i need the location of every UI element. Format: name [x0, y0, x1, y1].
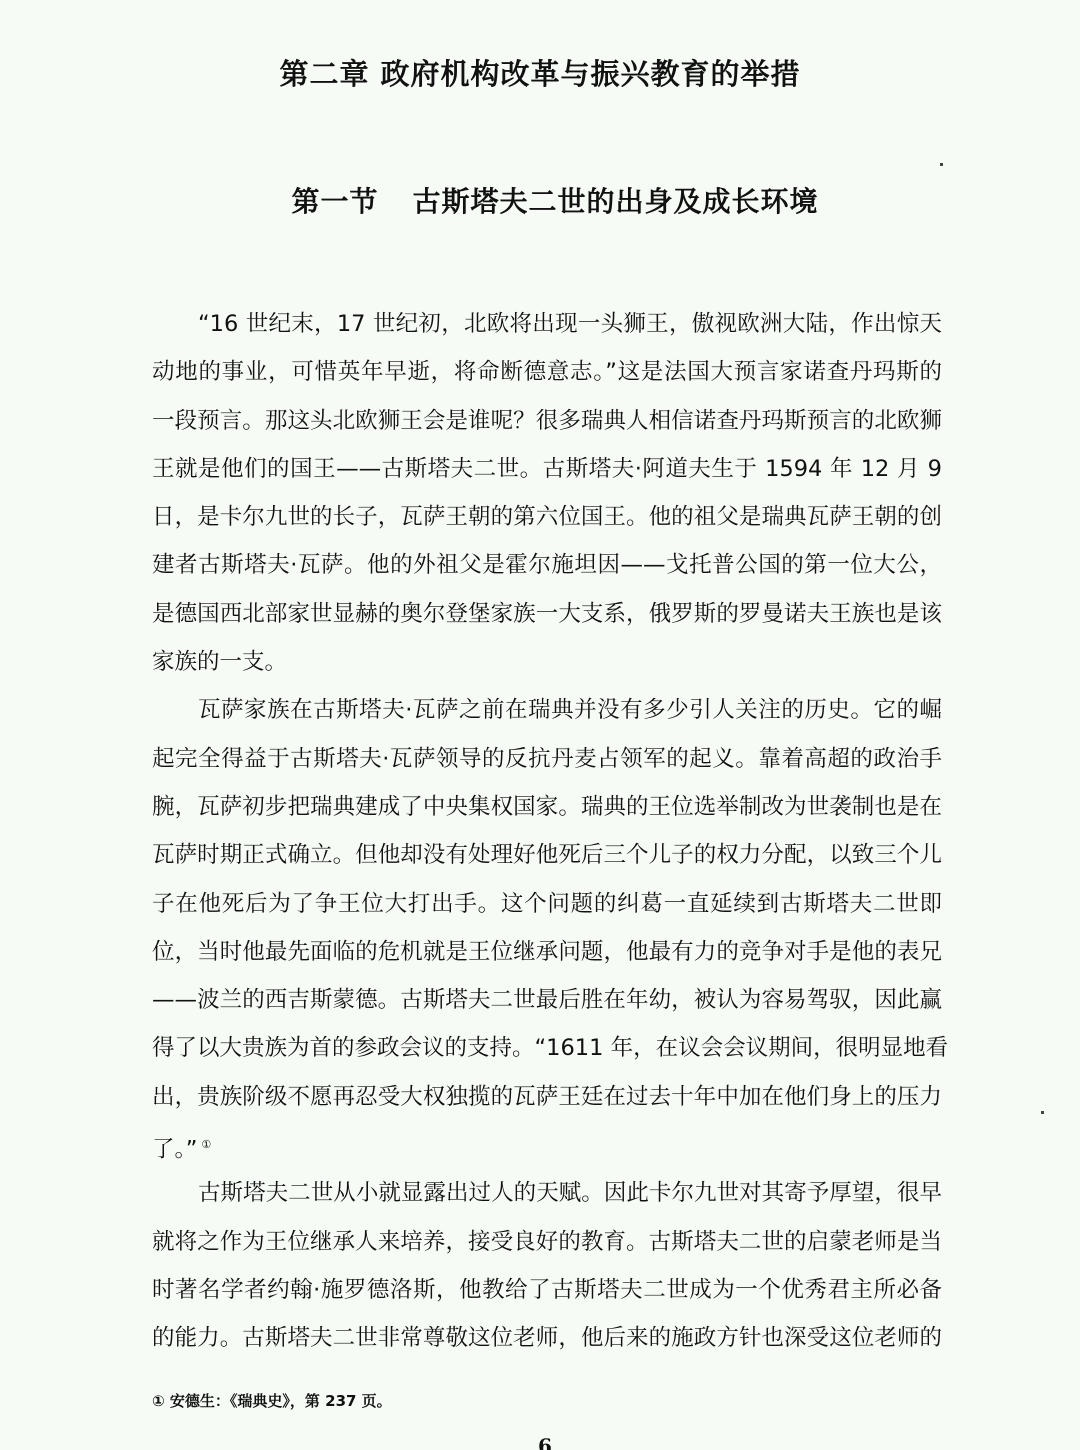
text-line: 动地的事业，可惜英年早逝，将命断德意志。”这是法国大预言家诺查丹玛斯的	[152, 348, 942, 396]
text-line-content: 家族的一支。	[152, 649, 287, 675]
text-line-content: 子在他死后为了争王位大打出手。这个问题的纠葛一直延续到古斯塔夫二世即	[152, 891, 942, 917]
text-line: 位，当时他最先面临的危机就是王位继承问题，他最有力的竞争对手是他的表兄	[152, 928, 942, 976]
text-line: 腕，瓦萨初步把瑞典建成了中央集权国家。瑞典的王位选举制改为世袭制也是在	[152, 783, 942, 831]
text-line-content: 日，是卡尔九世的长子，瓦萨王朝的第六位国王。他的祖父是瑞典瓦萨王朝的创	[152, 504, 942, 530]
section-title: 第一节古斯塔夫二世的出身及成长环境	[0, 180, 1080, 224]
text-line-content: “16 世纪末，17 世纪初，北欧将出现一头狮王，傲视欧洲大陆，作出惊天	[198, 311, 942, 337]
text-line: 古斯塔夫二世从小就显露出过人的天赋。因此卡尔九世对其寄予厚望，很早	[152, 1169, 942, 1217]
section-number: 第一节	[291, 185, 378, 218]
chapter-title: 第二章 政府机构改革与振兴教育的举措	[0, 52, 1080, 96]
text-line-content: 是德国西北部家世显赫的奥尔登堡家族一大支系，俄罗斯的罗曼诺夫王族也是该	[152, 601, 942, 627]
text-line: 一段预言。那这头北欧狮王会是谁呢？很多瑞典人相信诺查丹玛斯预言的北欧狮	[152, 397, 942, 445]
scan-speck	[940, 163, 943, 166]
text-line-content: 王就是他们的国王——古斯塔夫二世。古斯塔夫·阿道夫生于 1594 年 12 月 …	[152, 456, 942, 482]
text-line: 的能力。古斯塔夫二世非常尊敬这位老师，他后来的施政方针也深受这位老师的	[152, 1314, 942, 1362]
footnote-ref: ①	[201, 1138, 211, 1151]
text-line: 瓦萨时期正式确立。但他却没有处理好他死后三个儿子的权力分配，以致三个儿	[152, 831, 942, 879]
text-line-content: 出，贵族阶级不愿再忍受大权独揽的瓦萨王廷在过去十年中加在他们身上的压力	[152, 1084, 942, 1110]
text-line-content: 腕，瓦萨初步把瑞典建成了中央集权国家。瑞典的王位选举制改为世袭制也是在	[152, 794, 942, 820]
text-line-content: 了。”	[152, 1137, 197, 1163]
text-line-content: 的能力。古斯塔夫二世非常尊敬这位老师，他后来的施政方针也深受这位老师的	[152, 1325, 942, 1351]
text-line: 时著名学者约翰·施罗德洛斯，他教给了古斯塔夫二世成为一个优秀君主所必备	[152, 1266, 942, 1314]
section-title-text: 古斯塔夫二世的出身及成长环境	[413, 185, 819, 218]
text-line: 家族的一支。	[152, 638, 942, 686]
text-line: 瓦萨家族在古斯塔夫·瓦萨之前在瑞典并没有多少引人关注的历史。它的崛	[152, 686, 942, 734]
text-line: 起完全得益于古斯塔夫·瓦萨领导的反抗丹麦占领军的起义。靠着高超的政治手	[152, 735, 942, 783]
text-line-content: 时著名学者约翰·施罗德洛斯，他教给了古斯塔夫二世成为一个优秀君主所必备	[152, 1277, 942, 1303]
text-line-content: 动地的事业，可惜英年早逝，将命断德意志。”这是法国大预言家诺查丹玛斯的	[152, 359, 942, 385]
text-line-content: 起完全得益于古斯塔夫·瓦萨领导的反抗丹麦占领军的起义。靠着高超的政治手	[152, 746, 942, 772]
text-line: 就将之作为王位继承人来培养，接受良好的教育。古斯塔夫二世的启蒙老师是当	[152, 1218, 942, 1266]
body-text: “16 世纪末，17 世纪初，北欧将出现一头狮王，傲视欧洲大陆，作出惊天动地的事…	[152, 300, 942, 1363]
text-line: “16 世纪末，17 世纪初，北欧将出现一头狮王，傲视欧洲大陆，作出惊天	[152, 300, 942, 348]
page-number: 6	[538, 1436, 552, 1450]
text-line-content: ——波兰的西吉斯蒙德。古斯塔夫二世最后胜在年幼，被认为容易驾驭，因此赢	[152, 987, 942, 1013]
text-line: 子在他死后为了争王位大打出手。这个问题的纠葛一直延续到古斯塔夫二世即	[152, 880, 942, 928]
text-line: 王就是他们的国王——古斯塔夫二世。古斯塔夫·阿道夫生于 1594 年 12 月 …	[152, 445, 942, 493]
footnote: ① 安德生：《瑞典史》，第 237 页。	[152, 1388, 392, 1414]
text-line-content: 瓦萨家族在古斯塔夫·瓦萨之前在瑞典并没有多少引人关注的历史。它的崛	[198, 697, 942, 723]
text-line-content: 古斯塔夫二世从小就显露出过人的天赋。因此卡尔九世对其寄予厚望，很早	[198, 1180, 942, 1206]
text-line-content: 瓦萨时期正式确立。但他却没有处理好他死后三个儿子的权力分配，以致三个儿	[152, 842, 942, 868]
text-line-content: 建者古斯塔夫·瓦萨。他的外祖父是霍尔施坦因——戈托普公国的第一位大公，	[152, 552, 942, 578]
text-line: 了。”①	[152, 1121, 942, 1169]
text-line: 是德国西北部家世显赫的奥尔登堡家族一大支系，俄罗斯的罗曼诺夫王族也是该	[152, 590, 942, 638]
text-line: 出，贵族阶级不愿再忍受大权独揽的瓦萨王廷在过去十年中加在他们身上的压力	[152, 1073, 942, 1121]
text-line-content: 位，当时他最先面临的危机就是王位继承问题，他最有力的竞争对手是他的表兄	[152, 939, 942, 965]
text-line-content: 一段预言。那这头北欧狮王会是谁呢？很多瑞典人相信诺查丹玛斯预言的北欧狮	[152, 408, 942, 434]
text-line: 日，是卡尔九世的长子，瓦萨王朝的第六位国王。他的祖父是瑞典瓦萨王朝的创	[152, 493, 942, 541]
text-line-content: 就将之作为王位继承人来培养，接受良好的教育。古斯塔夫二世的启蒙老师是当	[152, 1229, 942, 1255]
text-line: 建者古斯塔夫·瓦萨。他的外祖父是霍尔施坦因——戈托普公国的第一位大公，	[152, 541, 942, 589]
text-line: ——波兰的西吉斯蒙德。古斯塔夫二世最后胜在年幼，被认为容易驾驭，因此赢	[152, 976, 942, 1024]
scan-speck	[1041, 1111, 1044, 1114]
text-line: 得了以大贵族为首的参政会议的支持。“1611 年，在议会会议期间，很明显地看	[152, 1024, 942, 1072]
text-line-content: 得了以大贵族为首的参政会议的支持。“1611 年，在议会会议期间，很明显地看	[152, 1035, 948, 1061]
